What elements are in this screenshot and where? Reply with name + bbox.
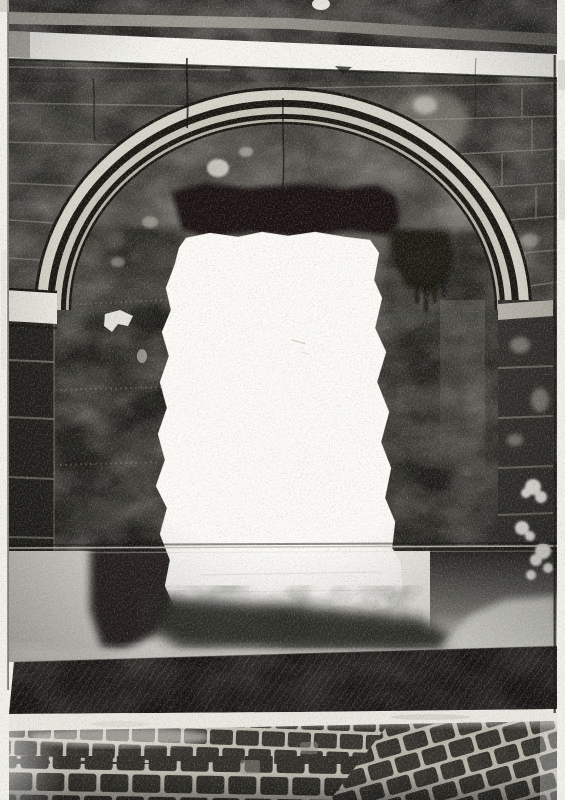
film-grain-overlay	[0, 0, 565, 800]
photograph	[0, 0, 565, 800]
photo-canvas	[0, 0, 565, 800]
